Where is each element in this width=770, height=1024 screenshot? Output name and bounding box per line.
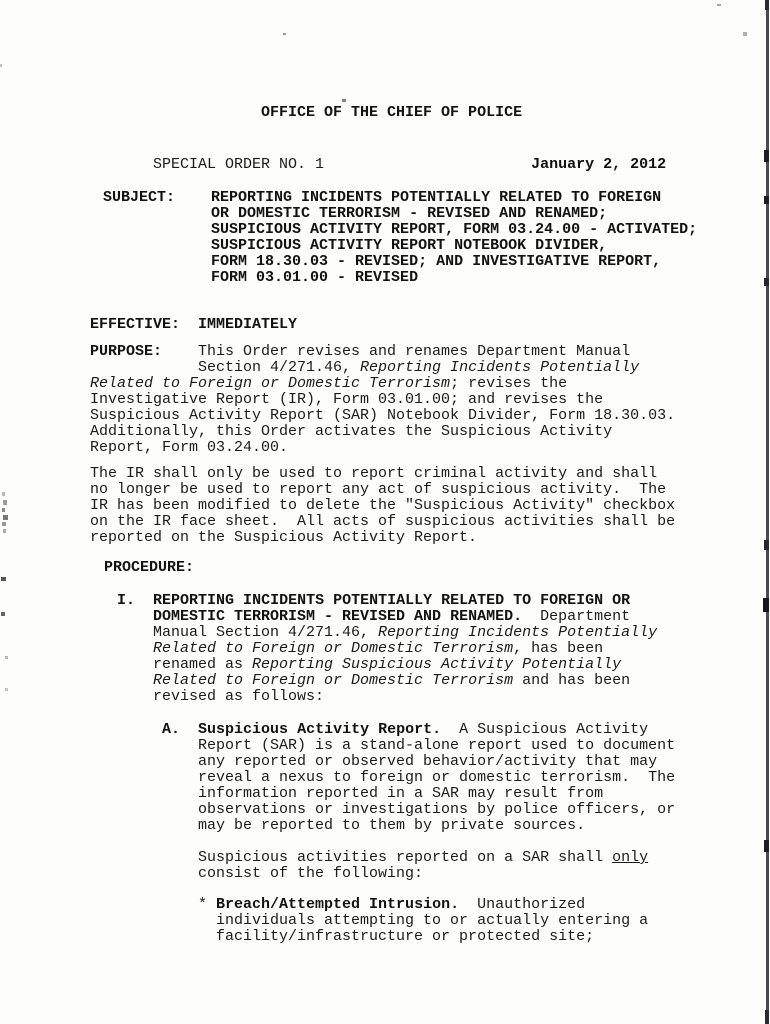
doc-text-segment: any reported or observed behavior/activi… — [90, 753, 657, 770]
doc-text-segment: A. — [162, 721, 180, 738]
doc-line: FORM 03.01.00 - REVISED — [103, 270, 697, 286]
scan-edge-blob — [763, 598, 769, 612]
doc-text-segment: individuals attempting to or actually en… — [90, 912, 648, 929]
doc-text-segment: REPORTING INCIDENTS POTENTIALLY RELATED … — [153, 592, 630, 609]
doc-line: facility/infrastructure or protected sit… — [90, 929, 648, 945]
doc-text-segment: PROCEDURE: — [104, 559, 194, 576]
doc-line: reported on the Suspicious Activity Repo… — [90, 530, 675, 546]
doc-text-segment: REPORTING INCIDENTS POTENTIALLY RELATED … — [211, 189, 661, 206]
doc-text-segment: Investigative Report (IR), Form 03.01.00… — [90, 391, 603, 408]
doc-line: PROCEDURE: — [104, 560, 194, 576]
doc-line: OFFICE OF THE CHIEF OF POLICE — [90, 105, 522, 121]
doc-text-segment: may be reported to them by private sourc… — [90, 817, 585, 834]
doc-line: reveal a nexus to foreign or domestic te… — [90, 770, 675, 786]
doc-line: Suspicious activities reported on a SAR … — [90, 850, 648, 866]
doc-text-segment: Report (SAR) is a stand-alone report use… — [90, 737, 675, 754]
doc-text-segment: Section 4/271.46, — [90, 359, 360, 376]
doc-line: may be reported to them by private sourc… — [90, 818, 675, 834]
scan-speck — [342, 99, 346, 102]
scan-edge-blob — [765, 0, 769, 10]
doc-text-segment: consist of the following: — [90, 865, 423, 882]
doc-text-segment: PURPOSE: — [90, 343, 162, 360]
doc-line: EFFECTIVE: IMMEDIATELY — [90, 317, 297, 333]
scan-speck — [743, 32, 747, 36]
doc-text-segment: Suspicious activities reported on a SAR … — [90, 849, 612, 866]
doc-text-segment: * — [90, 896, 216, 913]
doc-text-segment — [135, 592, 153, 609]
purpose-block: PURPOSE: This Order revises and renames … — [90, 344, 675, 456]
doc-text-segment: Department — [522, 608, 630, 625]
doc-text-segment — [103, 237, 211, 254]
doc-line: consist of the following: — [90, 866, 648, 882]
doc-line: Report, Form 03.24.00. — [90, 440, 675, 456]
doc-line: individuals attempting to or actually en… — [90, 913, 648, 929]
subject-block: SUBJECT: REPORTING INCIDENTS POTENTIALLY… — [103, 190, 697, 286]
scan-edge-blob — [764, 840, 769, 852]
doc-text-segment: Reporting Incidents Potentially — [360, 359, 639, 376]
doc-text-segment: Reporting Incidents Potentially — [378, 624, 657, 641]
doc-text-segment: This Order revises and renames Departmen… — [162, 343, 630, 360]
doc-text-segment: reported on the Suspicious Activity Repo… — [90, 529, 477, 546]
scan-speck — [2, 492, 5, 496]
doc-text-segment: A Suspicious Activity — [441, 721, 648, 738]
doc-text-segment: facility/infrastructure or protected sit… — [90, 928, 594, 945]
doc-line: I. REPORTING INCIDENTS POTENTIALLY RELAT… — [90, 593, 657, 609]
doc-line: SUSPICIOUS ACTIVITY REPORT, FORM 03.24.0… — [103, 222, 697, 238]
doc-line: observations or investigations by police… — [90, 802, 675, 818]
doc-text-segment: observations or investigations by police… — [90, 801, 675, 818]
doc-text-segment — [90, 672, 153, 689]
doc-text-segment — [90, 721, 162, 738]
ir-usage-paragraph: The IR shall only be used to report crim… — [90, 466, 675, 546]
doc-line: SUSPICIOUS ACTIVITY REPORT NOTEBOOK DIVI… — [103, 238, 697, 254]
doc-line: any reported or observed behavior/activi… — [90, 754, 675, 770]
doc-text-segment: and has been — [513, 672, 630, 689]
scan-speck — [3, 500, 7, 505]
scan-speck — [5, 688, 8, 691]
doc-text-segment — [180, 316, 198, 333]
doc-text-segment: Manual Section 4/271.46, — [90, 624, 378, 641]
doc-line: information reported in a SAR may result… — [90, 786, 675, 802]
doc-text-segment — [90, 592, 117, 609]
doc-line: IR has been modified to delete the "Susp… — [90, 498, 675, 514]
scan-speck — [2, 522, 6, 526]
doc-text-segment: I. — [117, 592, 135, 609]
doc-line: FORM 18.30.03 - REVISED; AND INVESTIGATI… — [103, 254, 697, 270]
scan-speck — [3, 515, 8, 520]
doc-text-segment: reveal a nexus to foreign or domestic te… — [90, 769, 675, 786]
doc-line: on the IR face sheet. All acts of suspic… — [90, 514, 675, 530]
doc-text-segment: The IR shall only be used to report crim… — [90, 465, 657, 482]
doc-text-segment: IR has been modified to delete the "Susp… — [90, 497, 675, 514]
section-a-suspicious-activity-report: A. Suspicious Activity Report. A Suspici… — [90, 722, 675, 834]
doc-text-segment: Suspicious Activity Report. — [198, 721, 441, 738]
doc-line: renamed as Reporting Suspicious Activity… — [90, 657, 657, 673]
scan-speck — [2, 508, 5, 512]
doc-text-segment: FORM 03.01.00 - REVISED — [211, 269, 418, 286]
doc-text-segment: Reporting Suspicious Activity Potentiall… — [252, 656, 621, 673]
doc-line: Related to Foreign or Domestic Terrorism… — [90, 641, 657, 657]
doc-text-segment: SUSPICIOUS ACTIVITY REPORT, FORM 03.24.0… — [211, 221, 697, 238]
doc-line: SUBJECT: REPORTING INCIDENTS POTENTIALLY… — [103, 190, 697, 206]
doc-text-segment: SUSPICIOUS ACTIVITY REPORT NOTEBOOK DIVI… — [211, 237, 607, 254]
doc-line: Additionally, this Order activates the S… — [90, 424, 675, 440]
doc-text-segment — [103, 253, 211, 270]
scan-speck — [3, 529, 6, 533]
doc-text-segment: FORM 18.30.03 - REVISED; AND INVESTIGATI… — [211, 253, 661, 270]
scan-speck — [283, 33, 286, 35]
scan-edge-blob — [764, 196, 769, 204]
scanned-document-page: OFFICE OF THE CHIEF OF POLICE SPECIAL OR… — [0, 0, 770, 1024]
doc-text-segment: information reported in a SAR may result… — [90, 785, 603, 802]
doc-line: Report (SAR) is a stand-alone report use… — [90, 738, 675, 754]
doc-line: Investigative Report (IR), Form 03.01.00… — [90, 392, 675, 408]
doc-text-segment: SPECIAL ORDER NO. 1 — [90, 156, 324, 173]
doc-text-segment — [180, 721, 198, 738]
doc-line: Manual Section 4/271.46, Reporting Incid… — [90, 625, 657, 641]
doc-text-segment — [175, 189, 211, 206]
doc-line: A. Suspicious Activity Report. A Suspici… — [90, 722, 675, 738]
bullet-breach-attempted-intrusion: * Breach/Attempted Intrusion. Unauthoriz… — [90, 897, 648, 945]
doc-line: no longer be used to report any act of s… — [90, 482, 675, 498]
effective-block: EFFECTIVE: IMMEDIATELY — [90, 317, 297, 333]
doc-line: Section 4/271.46, Reporting Incidents Po… — [90, 360, 675, 376]
scan-edge-blob — [765, 1010, 769, 1024]
doc-text-segment: Breach/Attempted Intrusion. — [216, 896, 459, 913]
doc-line: * Breach/Attempted Intrusion. Unauthoriz… — [90, 897, 648, 913]
doc-line: Related to Foreign or Domestic Terrorism… — [90, 673, 657, 689]
doc-text-segment: January 2, 2012 — [531, 156, 666, 173]
doc-text-segment — [103, 205, 211, 222]
scan-edge-blob — [764, 150, 769, 162]
doc-text-segment — [324, 156, 531, 173]
scan-speck — [1, 612, 5, 616]
doc-line: Related to Foreign or Domestic Terrorism… — [90, 376, 675, 392]
doc-line: Suspicious Activity Report (SAR) Noteboo… — [90, 408, 675, 424]
order-number-and-date-line: SPECIAL ORDER NO. 1 January 2, 2012 — [90, 157, 666, 173]
doc-text-segment — [90, 640, 153, 657]
doc-text-segment: DOMESTIC TERRORISM - REVISED AND RENAMED… — [153, 608, 522, 625]
procedure-label: PROCEDURE: — [104, 560, 194, 576]
doc-text-segment: Additionally, this Order activates the S… — [90, 423, 612, 440]
doc-text-segment — [103, 221, 211, 238]
scan-edge-blob — [764, 278, 769, 286]
scan-speck — [1, 577, 6, 581]
doc-line: OR DOMESTIC TERRORISM - REVISED AND RENA… — [103, 206, 697, 222]
scan-speck — [0, 64, 2, 67]
doc-text-segment: , has been — [513, 640, 603, 657]
doc-line: DOMESTIC TERRORISM - REVISED AND RENAMED… — [90, 609, 657, 625]
doc-text-segment: no longer be used to report any act of s… — [90, 481, 666, 498]
doc-text-segment: Related to Foreign or Domestic Terrorism — [90, 375, 450, 392]
scan-edge-blob — [764, 540, 769, 550]
doc-line: revised as follows: — [90, 689, 657, 705]
doc-text-segment: revised as follows: — [90, 688, 324, 705]
doc-text-segment: Related to Foreign or Domestic Terrorism — [153, 640, 513, 657]
doc-text-segment — [103, 269, 211, 286]
doc-text-segment: EFFECTIVE: — [90, 316, 180, 333]
scan-speck — [717, 4, 721, 6]
doc-text-segment: on the IR face sheet. All acts of suspic… — [90, 513, 675, 530]
letterhead-title: OFFICE OF THE CHIEF OF POLICE — [90, 105, 522, 121]
doc-text-segment: only — [612, 849, 648, 866]
doc-text-segment: OFFICE OF THE CHIEF OF POLICE — [90, 104, 522, 121]
doc-text-segment: SUBJECT: — [103, 189, 175, 206]
section-roman-i: I. REPORTING INCIDENTS POTENTIALLY RELAT… — [90, 593, 657, 705]
doc-text-segment: Suspicious Activity Report (SAR) Noteboo… — [90, 407, 675, 424]
doc-text-segment: IMMEDIATELY — [198, 316, 297, 333]
sar-only-note: Suspicious activities reported on a SAR … — [90, 850, 648, 882]
doc-line: The IR shall only be used to report crim… — [90, 466, 675, 482]
scan-speck — [5, 656, 8, 659]
doc-text-segment: OR DOMESTIC TERRORISM - REVISED AND RENA… — [211, 205, 607, 222]
doc-text-segment: ; revises the — [450, 375, 567, 392]
doc-text-segment: Report, Form 03.24.00. — [90, 439, 288, 456]
doc-text-segment: Related to Foreign or Domestic Terrorism — [153, 672, 513, 689]
doc-line: SPECIAL ORDER NO. 1 January 2, 2012 — [90, 157, 666, 173]
doc-line: PURPOSE: This Order revises and renames … — [90, 344, 675, 360]
doc-text-segment: renamed as — [90, 656, 252, 673]
doc-text-segment: Unauthorized — [459, 896, 585, 913]
doc-text-segment — [90, 608, 153, 625]
